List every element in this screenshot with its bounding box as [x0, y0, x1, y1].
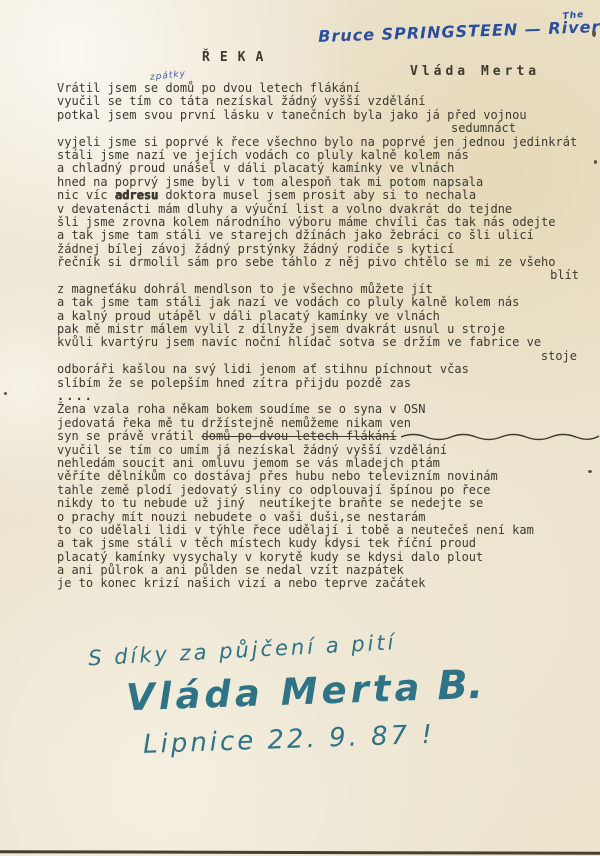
scan-speck	[588, 470, 592, 473]
signature-flourish: B.	[437, 662, 484, 710]
poem-line: nikdy to tu nebude už jiný neutíkejte br…	[57, 497, 599, 510]
poem-line: stáli jsme nazí ve jejích vodách co plul…	[57, 149, 599, 162]
poem-line: to co udělali lidi v týhle řece udělají …	[57, 524, 599, 537]
poem-line: Vrátil jsem se domů po dvou letech fláká…	[57, 82, 599, 95]
poem-line: kvůli kvartýru jsem navíc noční hlídač s…	[57, 336, 599, 349]
signature-row: Vláda MertaB.	[125, 662, 484, 720]
poem-line: a kalný proud utápěl v dáli placatý kamí…	[57, 310, 599, 323]
poem-line: tahle země plodí jedovatý sliny co odplo…	[57, 484, 599, 497]
poem-line: vyučil se tím co umím já nezískal žádný …	[57, 444, 599, 457]
poem-line: potkal jsem svou první lásku v tanečních…	[57, 109, 599, 122]
struck-text: domů po dvou letech flákání	[202, 429, 397, 443]
poem-line: hned na poprvý jsme byli v tom alespoň t…	[57, 176, 599, 189]
poem-line: nehledám soucit ani omluvu jemom se vás …	[57, 457, 599, 470]
poem-line: sedumnáct	[57, 122, 599, 135]
poem-line: vyučil se tím co táta nezískal žádný vyš…	[57, 95, 599, 108]
poem-line: šli jsme zrovna kolem národního výboru m…	[57, 216, 599, 229]
poem-segment: syn se právě vrátil	[57, 429, 202, 443]
poem-body: Vrátil jsem se domů po dvou letech fláká…	[57, 82, 599, 591]
poem-line: placatý kamínky vysychaly v korytě kudy …	[57, 551, 599, 564]
scan-speck	[594, 160, 597, 164]
signature-block: S díky za půjčení a pití Vláda MertaB. L…	[88, 636, 483, 754]
poem-line: v devatenácti mám dluhy a výuční list a …	[57, 203, 599, 216]
poem-line: a chladný proud unášel v dáli placatý ka…	[57, 162, 599, 175]
paper-edge-shadow	[0, 850, 600, 855]
poem-segment: nic víc	[57, 188, 115, 202]
poem-line: syn se právě vrátil domů po dvou letech …	[57, 430, 599, 443]
poem-line: blít	[57, 269, 599, 282]
poem-line: nic víc adresu doktora musel jsem prosit…	[57, 189, 599, 202]
poem-line: z magneťáku dohrál mendlson to je všechn…	[57, 283, 599, 296]
poem-line: vyjeli jsme si poprvé k řece všechno byl…	[57, 136, 599, 149]
poem-line: o prachy mít nouzi nebudete o vaši duši,…	[57, 511, 599, 524]
pen-wavy-line	[401, 432, 600, 442]
author-name: Vláda Merta	[410, 65, 540, 78]
poem-line: slíbím že se polepším hned zítra přijdu …	[57, 377, 599, 390]
poem-segment: doktora musel jsem prosit aby si to nech…	[158, 188, 476, 202]
scanned-lyric-sheet: Bruce SPRINGSTEEN — The River ŘEKA Vláda…	[0, 0, 600, 856]
poem-line: pak mě mistr málem vylil z dílnyže jsem …	[57, 323, 599, 336]
poem-line: a ani půlrok a ani půlden se nedal vzít …	[57, 564, 599, 577]
signature-name: Vláda Merta	[125, 666, 424, 719]
poem-line: a tak jsme stáli v těch místech kudy kdy…	[57, 537, 599, 550]
poem-line: jedovatá řeka mě tu držístejně nemůžeme …	[57, 417, 599, 430]
poem-line: je to konec krizí našich vizí a nebo tep…	[57, 577, 599, 590]
poem-line: Žena vzala roha někam bokem soudíme se o…	[57, 403, 599, 416]
title-row: ŘEKA Vláda Merta	[0, 38, 600, 54]
scan-speck	[592, 30, 596, 37]
poem-line: věříte dělníkům co dostávaj přes hubu ne…	[57, 470, 599, 483]
scan-speck	[4, 392, 7, 395]
poem-line: řečník si drmolil sám pro sebe táhlo z n…	[57, 256, 599, 269]
annotation-the: The	[563, 11, 585, 21]
poem-segment: adresu	[115, 188, 158, 202]
poem-line: a tak jsme tam stáli ve starejch džínách…	[57, 229, 599, 242]
poem-line: stoje	[57, 350, 599, 363]
poem-line: žádnej bílej závoj žádný prstýnky žádný …	[57, 243, 599, 256]
poem-line: a tak jsme tam stáli jak nazí ve vodách …	[57, 296, 599, 309]
place-date-line: Lipnice 22. 9. 87 !	[143, 718, 484, 760]
annotation-dash: —	[524, 19, 542, 39]
poem-line: odboráři kašlou na svý lidi jenom ať sti…	[57, 363, 599, 376]
song-title: ŘEKA	[202, 51, 273, 64]
